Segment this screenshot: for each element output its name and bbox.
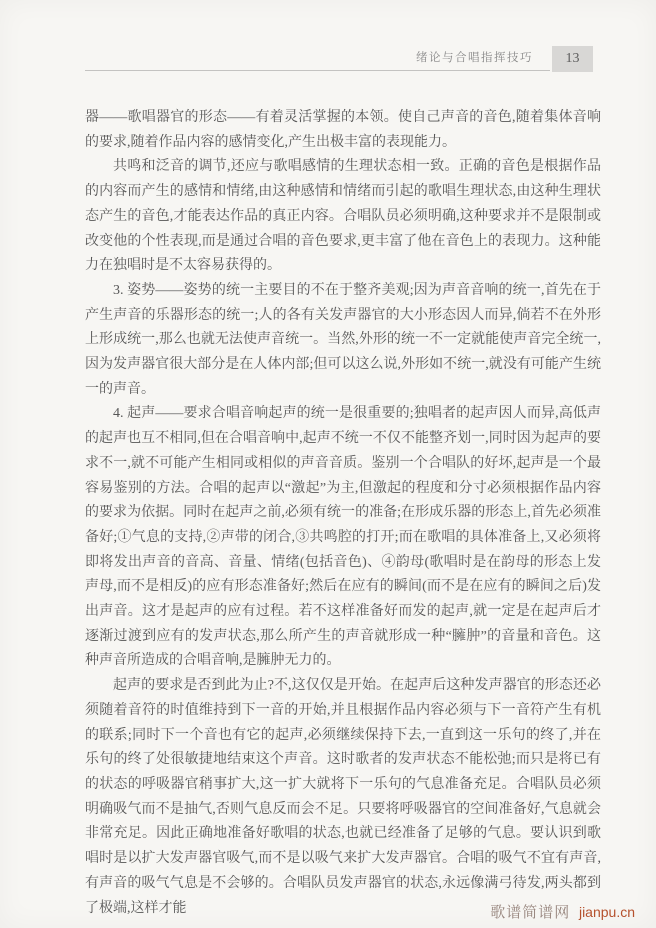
body-paragraph: 共鸣和泛音的调节,还应与歌唱感情的生理状态相一致。正确的音色是根据作品的内容而产… <box>85 155 601 279</box>
body-paragraph: 起声的要求是否到此为止?不,这仅仅是开始。在起声后这种发声器官的形态还必须随着音… <box>85 674 601 921</box>
watermark: 歌谱简谱网 jianpu.cn <box>490 901 635 922</box>
header-divider <box>85 70 550 71</box>
body-paragraph: 4. 起声——要求合唱音响起声的统一是很重要的;独唱者的起声因人而异,高低声的起… <box>85 402 601 674</box>
body-paragraph: 器——歌唱器官的形态——有着灵活掌握的本领。使自己声音的音色,随着集体音响的要求… <box>85 106 601 155</box>
book-page: 绪论与合唱指挥技巧 13 器——歌唱器官的形态——有着灵活掌握的本领。使自己声音… <box>0 0 656 928</box>
running-head-title: 绪论与合唱指挥技巧 <box>416 49 533 65</box>
page-number-badge: 13 <box>552 46 593 72</box>
page-body: 器——歌唱器官的形态——有着灵活掌握的本领。使自己声音的音色,随着集体音响的要求… <box>85 106 601 921</box>
watermark-site-name: 歌谱简谱网 <box>490 905 570 921</box>
watermark-site-url: jianpu.cn <box>579 904 635 920</box>
body-paragraph: 3. 姿势——姿势的统一主要目的不在于整齐美观;因为声音音响的统一,首先在于产生… <box>85 279 601 403</box>
